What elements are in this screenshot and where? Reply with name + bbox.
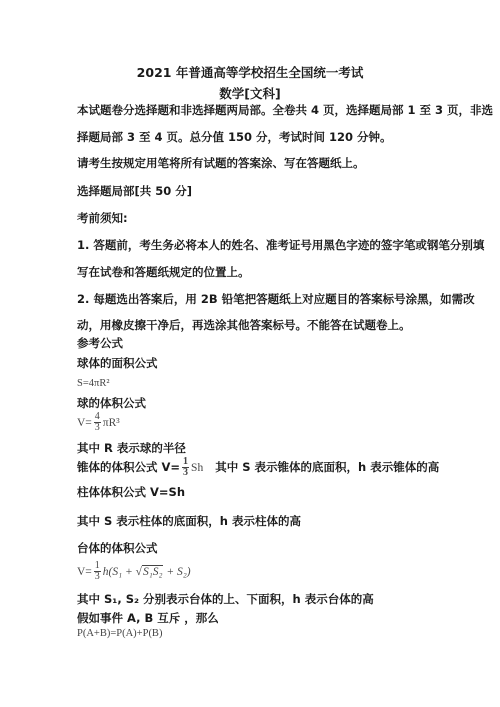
- denominator: 3: [94, 572, 101, 582]
- frustum-body: h(S₁ +: [103, 566, 136, 578]
- sqrt-icon: √: [136, 566, 142, 578]
- cone-note: 其中 S 表示锥体的底面积，h 表示锥体的高: [215, 460, 439, 474]
- cone-label: 锥体的体积公式 V=: [77, 460, 180, 474]
- frustum-formula: V=13h(S₁ + √S₁S₂ + S₂): [77, 561, 191, 582]
- cone-formula: 锥体的体积公式 V=13Sh 其中 S 表示锥体的底面积，h 表示锥体的高: [77, 457, 439, 478]
- section-heading: 选择题局部[共 50 分]: [77, 184, 192, 198]
- exam-title: 2021 年普通高等学校招生全国统一考试: [0, 66, 500, 80]
- cone-suffix: Sh: [191, 462, 203, 474]
- denominator: 3: [182, 468, 189, 478]
- prism-note: 其中 S 表示柱体的底面积，h 表示柱体的高: [77, 514, 301, 528]
- frustum-note: 其中 S₁, S₂ 分别表示台体的上、下面积，h 表示台体的高: [77, 592, 374, 606]
- formulas-heading: 参考公式: [77, 336, 123, 350]
- formula-suffix: πR³: [103, 417, 120, 429]
- notice-1-line-2: 写在试卷和答题纸规定的位置上。: [77, 265, 250, 279]
- frustum-tail: + S₂): [163, 566, 190, 578]
- formula-prefix: V=: [77, 566, 92, 578]
- fraction: 43: [94, 412, 101, 433]
- sphere-volume-label: 球的体积公式: [77, 396, 146, 410]
- fraction: 13: [182, 457, 189, 478]
- prism-formula: 柱体体积公式 V=Sh: [77, 485, 185, 499]
- exam-subtitle: 数学[文科]: [0, 87, 500, 101]
- notice-1-line-1: 1. 答题前，考生务必将本人的姓名、准考证号用黑色字迹的签字笔或钢笔分别填: [77, 238, 484, 252]
- sphere-area-label: 球体的面积公式: [77, 356, 158, 370]
- intro-line-1: 本试题卷分选择题和非选择题两局部。全卷共 4 页，选择题局部 1 至 3 页，非…: [77, 103, 493, 117]
- intro-line-2: 择题局部 3 至 4 页。总分值 150 分，考试时间 120 分钟。: [77, 130, 392, 144]
- notice-2-line-2: 动，用橡皮擦干净后，再选涂其他答案标号。不能答在试题卷上。: [77, 318, 411, 332]
- frustum-sqrt: S₁S₂: [142, 565, 164, 578]
- notice-2-line-1: 2. 每题选出答案后，用 2B 铅笔把答题纸上对应题目的答案标号涂黑，如需改: [77, 292, 475, 306]
- events-formula: P(A+B)=P(A)+P(B): [77, 627, 162, 641]
- notice-heading: 考前须知:: [77, 211, 128, 225]
- formula-prefix: V=: [77, 417, 92, 429]
- sphere-volume-formula: V=43πR³: [77, 412, 120, 433]
- frustum-label: 台体的体积公式: [77, 541, 158, 555]
- events-label: 假如事件 A, B 互斥 ，那么: [77, 611, 219, 625]
- sphere-area-formula: S=4πR²: [77, 377, 109, 391]
- instruction: 请考生按规定用笔将所有试题的答案涂、写在答题纸上。: [77, 156, 365, 170]
- fraction: 13: [94, 561, 101, 582]
- denominator: 3: [94, 423, 101, 433]
- sphere-note: 其中 R 表示球的半径: [77, 441, 186, 455]
